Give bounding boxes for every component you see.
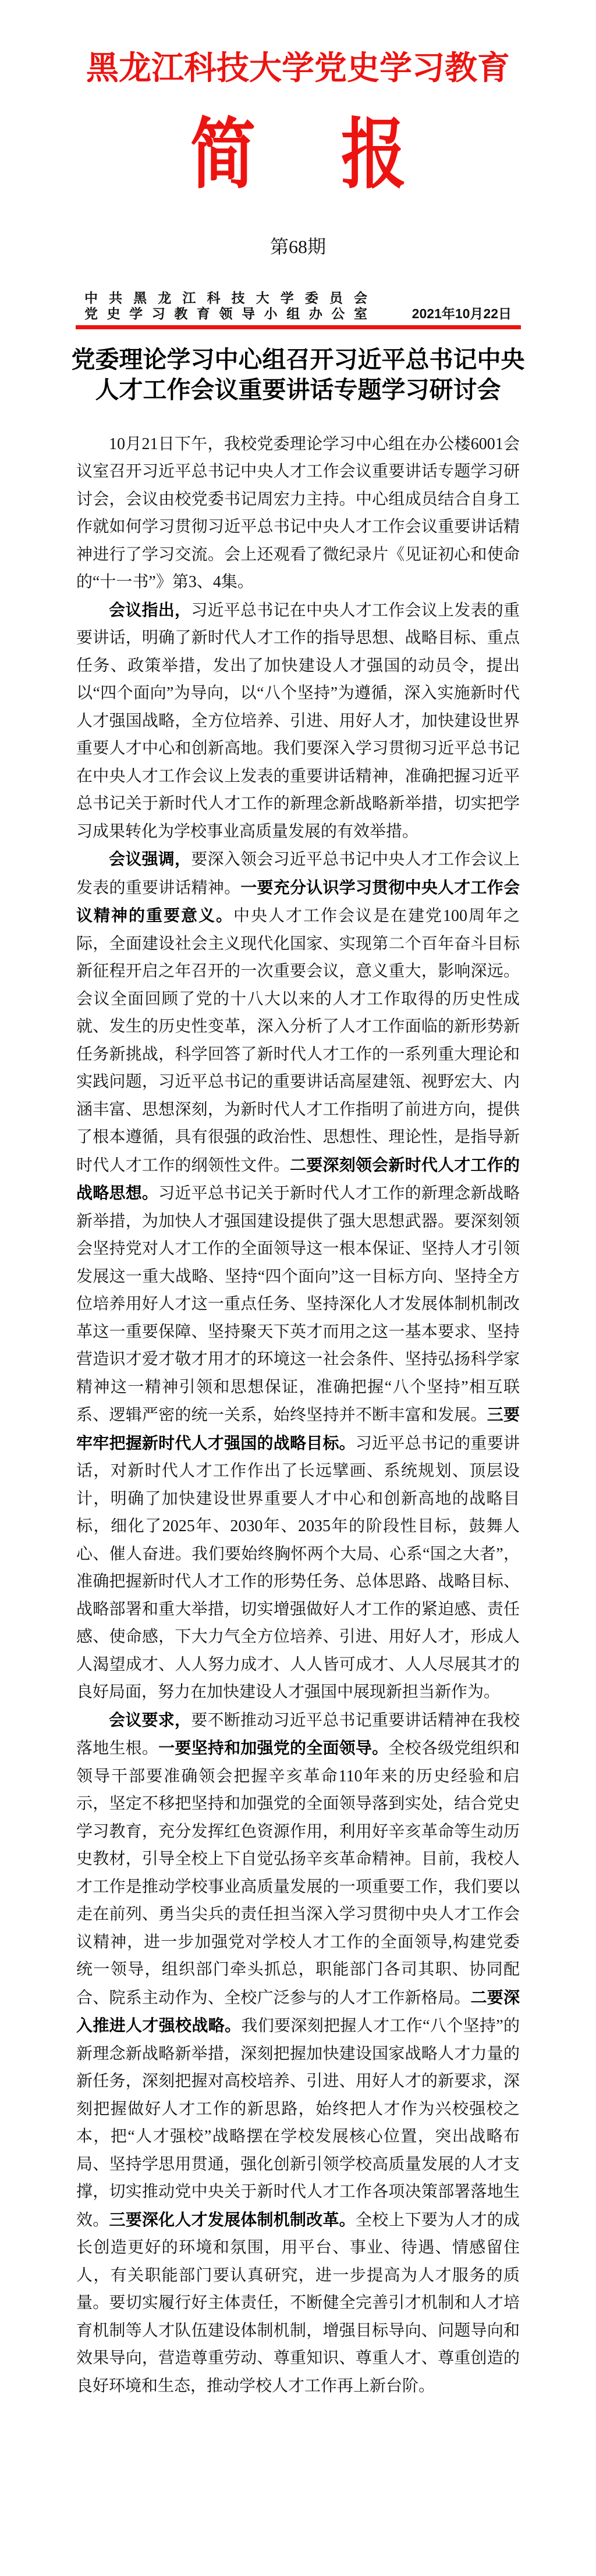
issue-date: 2021年10月22日 <box>412 306 512 322</box>
publisher-block: 中共黑龙江科技大学委员会 党史学习教育领导小组办公室 <box>84 290 367 322</box>
publisher-row: 中共黑龙江科技大学委员会 党史学习教育领导小组办公室 2021年10月22日 <box>76 290 520 322</box>
article-body: 10月21日下午，我校党委理论学习中心组在办公楼6001会议室召开习近平总书记中… <box>76 430 520 2400</box>
text-run: 全校各级党组织和领导干部要准确领会把握辛亥革命110年来的历史经验和启示，坚定不… <box>76 1739 520 2007</box>
emphasis-run: 三要深化人才发展体制机制改革。 <box>109 2211 355 2229</box>
text-run: 习近平总书记关于新时代人才工作的新理念新战略新举措，为加快人才强国建设提供了强大… <box>76 1184 520 1424</box>
emphasis-run: 会议指出， <box>109 601 191 619</box>
article-title-line-2: 人才工作会议重要讲话专题学习研讨会 <box>59 375 537 405</box>
body-paragraph: 10月21日下午，我校党委理论学习中心组在办公楼6001会议室召开习近平总书记中… <box>76 430 520 596</box>
masthead-org-title: 黑龙江科技大学党史学习教育 <box>0 49 596 87</box>
issue-number: 第68期 <box>0 236 596 258</box>
brief-char-right: 报 <box>340 115 406 195</box>
text-run: 我们要深刻把握人才工作“八个坚持”的新理念新战略新举措，深刻把握加快建设国家战略… <box>76 2017 520 2229</box>
text-run: 全校上下要为人才的成长创造更好的环境和氛围，用平台、事业、待遇、情感留住人，有关… <box>76 2211 520 2395</box>
bulletin-page: 黑龙江科技大学党史学习教育 简 报 第68期 中共黑龙江科技大学委员会 党史学习… <box>0 0 596 2576</box>
publisher-line-1: 中共黑龙江科技大学委员会 <box>84 290 367 306</box>
emphasis-run: 会议要求， <box>109 1711 191 1729</box>
emphasis-run: 一要坚持和加强党的全面领导。 <box>158 1739 388 1757</box>
article: 党委理论学习中心组召开习近平总书记中央 人才工作会议重要讲话专题学习研讨会 10… <box>0 344 596 2400</box>
text-run: 中央人才工作会议是在建党100周年之际，全面建设社会主义现代化国家、实现第二个百… <box>76 907 520 1175</box>
text-run: 10月21日下午，我校党委理论学习中心组在办公楼6001会议室召开习近平总书记中… <box>76 435 520 592</box>
emphasis-run: 会议强调， <box>109 850 191 868</box>
text-run: 习近平总书记的重要讲话，对新时代人才工作作出了长远擘画、系统规划、顶层设计，明确… <box>76 1435 520 1702</box>
body-paragraph: 会议要求，要不断推动习近平总书记重要讲话精神在我校落地生根。一要坚持和加强党的全… <box>76 1706 520 2400</box>
masthead: 黑龙江科技大学党史学习教育 简 报 第68期 中共黑龙江科技大学委员会 党史学习… <box>0 49 596 329</box>
article-title: 党委理论学习中心组召开习近平总书记中央 人才工作会议重要讲话专题学习研讨会 <box>59 344 537 405</box>
article-title-line-1: 党委理论学习中心组召开习近平总书记中央 <box>59 344 537 375</box>
masthead-divider-rule <box>76 325 521 329</box>
publisher-line-2: 党史学习教育领导小组办公室 <box>84 306 367 322</box>
masthead-brief-title: 简 报 <box>0 115 596 195</box>
body-paragraph: 会议指出，习近平总书记在中央人才工作会议上发表的重要讲话，明确了新时代人才工作的… <box>76 596 520 846</box>
brief-char-left: 简 <box>190 115 255 195</box>
body-paragraph: 会议强调，要深入领会习近平总书记中央人才工作会议上发表的重要讲话精神。一要充分认… <box>76 845 520 1706</box>
text-run: 习近平总书记在中央人才工作会议上发表的重要讲话，明确了新时代人才工作的指导思想、… <box>76 602 520 841</box>
